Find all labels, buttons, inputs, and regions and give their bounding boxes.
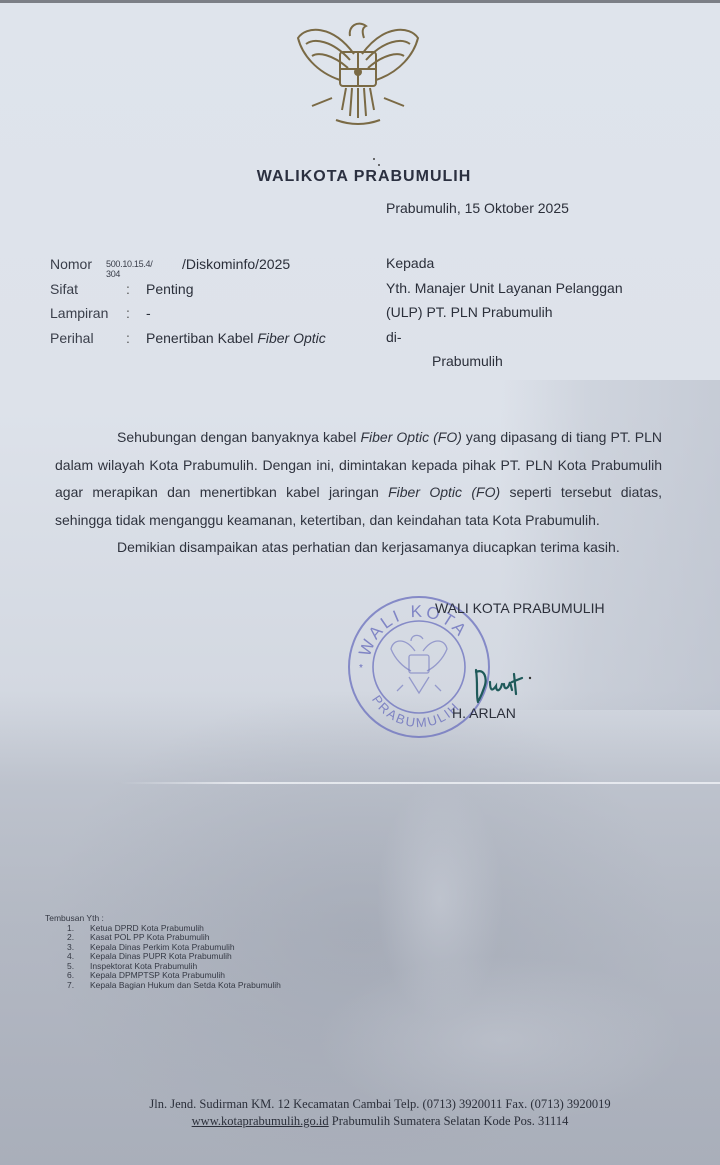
footer-website-link[interactable]: www.kotaprabumulih.go.id [192, 1114, 329, 1128]
signer-name: H. ARLAN [452, 705, 516, 721]
footer-address: Jln. Jend. Sudirman KM. 12 Kecamatan Cam… [0, 1096, 720, 1113]
letter-date: Prabumulih, 15 Oktober 2025 [386, 200, 569, 216]
body-paragraph-1: Sehubungan dengan banyaknya kabel Fiber … [55, 424, 662, 534]
body-italic: Fiber Optic (FO) [388, 484, 500, 500]
recipient-line2: (ULP) PT. PLN Prabumulih [386, 300, 623, 325]
ink-speck [378, 164, 380, 166]
signer-title: WALI KOTA PRABUMULIH [435, 600, 605, 616]
stamp-bottom-text: PRABUMULIH [369, 692, 463, 730]
recipient-line1: Yth. Manajer Unit Layanan Pelanggan [386, 276, 623, 301]
cc-item: 7.Kepala Bagian Hukum dan Setda Kota Pra… [45, 981, 104, 991]
garuda-emblem-icon [292, 14, 424, 134]
carbon-copy-list: Tembusan Yth : 1.Ketua DPRD Kota Prabumu… [45, 914, 104, 991]
perihal-label: Perihal [50, 330, 94, 346]
recipient-block: Kepada Yth. Manajer Unit Layanan Pelangg… [386, 251, 623, 374]
letter-footer: Jln. Jend. Sudirman KM. 12 Kecamatan Cam… [0, 1096, 720, 1130]
footer-postal: Prabumulih Sumatera Selatan Kode Pos. 31… [329, 1114, 569, 1128]
sifat-value: Penting [146, 281, 193, 297]
perihal-plain: Penertiban Kabel [146, 330, 257, 346]
paper-fold [120, 782, 720, 784]
cc-num: 7. [67, 981, 74, 991]
ink-speck [373, 158, 375, 160]
recipient-kepada: Kepada [386, 251, 623, 276]
cc-text: Kepala Bagian Hukum dan Setda Kota Prabu… [90, 981, 281, 991]
colon: : [126, 305, 130, 321]
recipient-di: di- [386, 325, 623, 350]
nomor-label: Nomor [50, 256, 92, 272]
colon: : [126, 330, 130, 346]
sifat-label: Sifat [50, 281, 78, 297]
perihal-value: Penertiban Kabel Fiber Optic [146, 330, 326, 346]
body-text: Sehubungan dengan banyaknya kabel [117, 429, 360, 445]
perihal-italic: Fiber Optic [257, 330, 325, 346]
nomor-handwritten: 500.10.15.4/ 304 [106, 259, 152, 279]
svg-text:*: * [359, 663, 363, 674]
letter-body: Sehubungan dengan banyaknya kabel Fiber … [55, 424, 662, 562]
paper-edge [0, 0, 720, 3]
colon: : [126, 281, 130, 297]
nomor-value: /Diskominfo/2025 [182, 256, 290, 272]
svg-text:PRABUMULIH: PRABUMULIH [369, 692, 463, 730]
handwritten-signature-icon [470, 660, 540, 705]
footer-line2: www.kotaprabumulih.go.id Prabumulih Suma… [0, 1113, 720, 1130]
recipient-place: Prabumulih [386, 349, 623, 374]
lampiran-label: Lampiran [50, 305, 108, 321]
letterhead-title: WALIKOTA PRABUMULIH [0, 168, 720, 186]
body-italic: Fiber Optic (FO) [360, 429, 461, 445]
body-paragraph-2: Demikian disampaikan atas perhatian dan … [55, 534, 662, 562]
lampiran-value: - [146, 305, 151, 321]
